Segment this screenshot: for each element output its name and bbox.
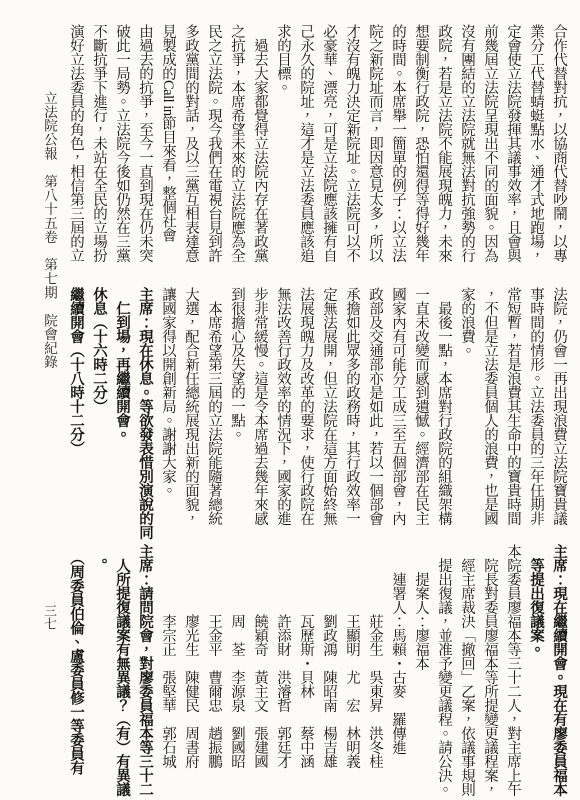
text-column: 承擔如此眾多的政務時，其行政效率一: [340, 287, 363, 537]
page-number: 三七: [42, 604, 56, 630]
text-column: 到很擔心及失望的一點。: [225, 287, 248, 537]
text-column: 提出復議，並准予變更議程。請公決。: [432, 544, 455, 798]
text-column: 劉政鴻 陳昭南 楊吉雄: [317, 544, 340, 798]
text-column: 才沒有魄力決定新院址。立法院可以不: [340, 24, 363, 274]
text-column: ，不但是立法委員個人的浪費，也是國: [478, 287, 501, 537]
text-column: 國家內有可能分工成三至五個部會，內: [386, 287, 409, 537]
journal-title-vertical: 立法院公報 第八十五卷 第七期 院會紀錄: [41, 91, 58, 369]
text-column: 之抗爭，本席希望未來的立法院應為全: [225, 24, 248, 274]
text-column: 王金平 曹爾忠 趙振鵬: [202, 544, 225, 798]
text-register-top: 合作代替對抗，以協商代替吵鬧，以專業分工代替蜻蜓點水、通才式地跑場，定會使立法院…: [64, 24, 570, 274]
text-column: 饒穎奇 黃主文 張建國: [248, 544, 271, 798]
text-column: 許添財 洪濬哲 郭廷才: [271, 544, 294, 798]
text-register-bottom: 主席：現在繼續開會。現在有廖委員福本 等提出復議案。本院委員廖福本等三十二人，對…: [64, 544, 570, 798]
text-column: 求的目標。: [271, 24, 294, 274]
text-column: 一直未改變而感到遺憾。經濟部在民主: [409, 287, 432, 537]
text-column: 常短暫，若是浪費其生命中的寶貴時間: [501, 287, 524, 537]
text-column: 破此一局勢。立法院今後如仍然在三黨: [110, 24, 133, 274]
text-column: 家的浪費。: [455, 287, 478, 537]
text-column: 必豪華、漂亮，可是立法院應該擁有自: [317, 24, 340, 274]
text-column: 本席希望第三屆的立法院能隨著總統: [202, 287, 225, 537]
text-column: 政部及交通部亦是如此，若以一個部會: [363, 287, 386, 537]
text-column: 提案人：廖福本: [409, 544, 432, 798]
text-column: 政院，若是立法院不能展現魄力，未來: [432, 24, 455, 274]
text-column: 讓國家得以開創新局。謝謝大家。: [156, 287, 179, 537]
text-column: 想要制衡行政院，恐怕還得等得好幾年: [409, 24, 432, 274]
text-column: 過去大家都覺得立法院內存在著政黨: [248, 24, 271, 274]
text-column: 院長對委員廖福本等所提變更議程案，: [478, 544, 501, 798]
text-column: 主席：現在繼續開會。現在有廖委員福本: [547, 544, 570, 798]
text-column: 業分工代替蜻蜓點水、通才式地跑場，: [524, 24, 547, 274]
text-column: 仁到場，再繼續開會。: [110, 287, 133, 537]
text-column: 演好立法委員的角色，相信第三屆的立: [64, 24, 87, 274]
text-column: 人所提復議案有無異議？（有）有異議: [110, 544, 133, 798]
text-column: 民之立法院。現今我們在電視台見到許: [202, 24, 225, 274]
text-column: 見製成的Call in節目來看，整個社會: [156, 24, 179, 274]
text-column: 不斷抗爭下進行，未站在全民的立場扮: [87, 24, 110, 274]
text-column: 沒有團結的立法院就無法對抗強勢的行: [455, 24, 478, 274]
text-column: 繼續開會（十八時十二分）: [64, 287, 87, 537]
text-column: 法展現魄力及改革的要求，使行政院在: [294, 287, 317, 537]
text-column: 李宗正 張堅華 郭石城: [156, 544, 179, 798]
text-column: 周 荃 李源泉 劉國昭: [225, 544, 248, 798]
text-column: 無法改善行政效率的情況下，國家的進: [271, 287, 294, 537]
text-register-middle: 法院，仍會一再出現浪費立法院寶貴議事時間的情形。立法委員的三年任期非常短暫，若是…: [64, 287, 570, 537]
text-column: 休息（十六時二分）: [87, 287, 110, 537]
text-column: 主席：現在休息。等欲發表惜別演說的同: [133, 287, 156, 537]
text-column: 最後一點，本席對行政院的組織架構: [432, 287, 455, 537]
text-column: 合作代替對抗，以協商代替吵鬧，以專: [547, 24, 570, 274]
text-column: 瓦歷斯・貝林 蔡中涵: [294, 544, 317, 798]
gazette-page: 立法院公報 第八十五卷 第七期 院會紀錄 三七 合作代替對抗，以協商代替吵鬧，以…: [0, 0, 580, 800]
text-column: 廖光生 陳健民 周書府: [179, 544, 202, 798]
text-column: 。: [87, 544, 110, 798]
text-column: 莊金生 吳東昇 洪冬桂: [363, 544, 386, 798]
text-column: 由過去的抗爭，至今一直到現在仍未突: [133, 24, 156, 274]
text-column: 己永久的院址，這才是立法委員應該追: [294, 24, 317, 274]
text-column: （周委員伯倫、盧委員修一等委員有: [64, 544, 87, 798]
text-column: 多政黨間的對話，及以三黨互相表達意: [179, 24, 202, 274]
text-column: 院之新院址而言，即因意見太多，所以: [363, 24, 386, 274]
text-column: 大選，配合新任總統展現出新的面貌，: [179, 287, 202, 537]
text-column: 步非常緩慢。這是令本席過去幾年來感: [248, 287, 271, 537]
text-column: 王顯明 尤 宏 林明義: [340, 544, 363, 798]
text-area: 合作代替對抗，以協商代替吵鬧，以專業分工代替蜻蜓點水、通才式地跑場，定會使立法院…: [64, 24, 570, 798]
text-column: 主席：請問院會，對廖委員福本等三十二: [133, 544, 156, 798]
text-column: 事時間的情形。立法委員的三年任期非: [524, 287, 547, 537]
text-column: 法院，仍會一再出現浪費立法院寶貴議: [547, 287, 570, 537]
text-column: 定無法展開，但立法院在這方面始終無: [317, 287, 340, 537]
text-column: 本院委員廖福本等三十二人，對主席上午: [501, 544, 524, 798]
text-column: 等提出復議案。: [524, 544, 547, 798]
text-column: 連署人：馬賴・古麥 羅傳進: [386, 544, 409, 798]
text-column: 定會使立法院發揮其議事效率，且會與: [501, 24, 524, 274]
text-column: 的時間。本席舉一簡單的例子：以立法: [386, 24, 409, 274]
text-column: 經主席裁決「撤回」乙案，依議事規則: [455, 544, 478, 798]
text-column: 前幾屆立法院呈現出不同的面貌。因為: [478, 24, 501, 274]
